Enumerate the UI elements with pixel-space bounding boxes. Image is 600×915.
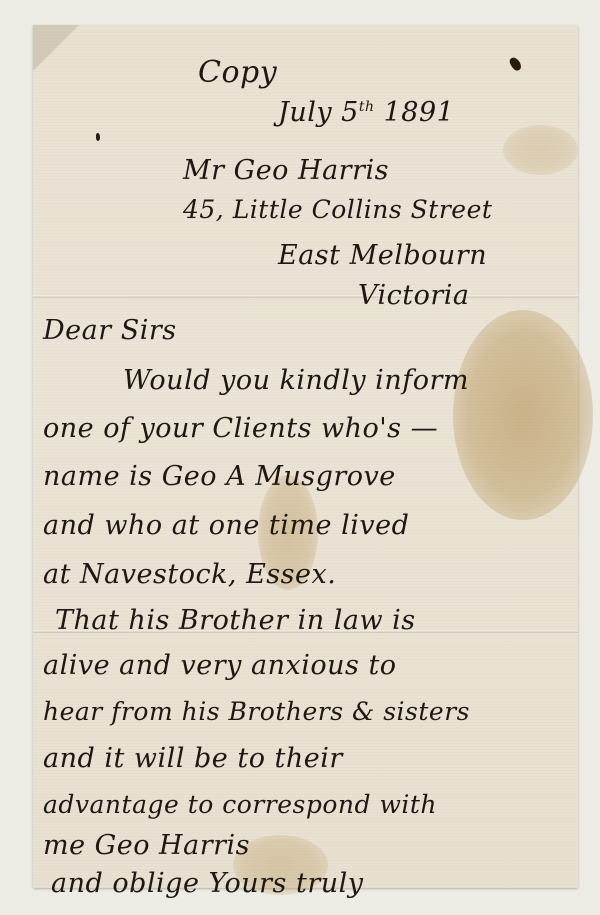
address-street: 45, Little Collins Street: [183, 195, 492, 224]
signature-line: me Geo Harris: [43, 830, 250, 861]
closing-line: and oblige Yours truly: [51, 868, 364, 899]
address-name: Mr Geo Harris: [183, 155, 389, 186]
body-line: Would you kindly inform: [123, 365, 469, 396]
body-line: at Navestock, Essex.: [43, 559, 336, 590]
body-line: name is Geo A Musgrove: [43, 461, 396, 492]
address-city: East Melbourn: [278, 240, 487, 271]
letter-page: Copy July 5th 1891 Mr Geo Harris 45, Lit…: [33, 25, 578, 888]
body-line: hear from his Brothers & sisters: [43, 697, 470, 726]
copy-label: Copy: [198, 55, 277, 90]
date-day: July 5: [278, 97, 359, 128]
ink-blot: [508, 56, 523, 73]
body-line: and who at one time lived: [43, 510, 409, 541]
salutation: Dear Sirs: [43, 315, 177, 346]
body-line: alive and very anxious to: [43, 650, 397, 681]
date-year: 1891: [384, 97, 455, 128]
ink-speck: [96, 133, 100, 141]
body-line: That his Brother in law is: [55, 605, 416, 636]
address-state: Victoria: [358, 280, 470, 311]
letter-date: July 5th 1891: [278, 97, 454, 128]
date-suffix: th: [359, 99, 375, 115]
water-stain-large: [453, 310, 593, 520]
body-line: and it will be to their: [43, 743, 343, 774]
folded-corner: [33, 25, 79, 71]
body-line: advantage to correspond with: [43, 790, 437, 819]
water-stain-top-right: [503, 125, 578, 175]
body-line: one of your Clients who's —: [43, 413, 438, 444]
fold-crease-upper: [33, 295, 578, 298]
